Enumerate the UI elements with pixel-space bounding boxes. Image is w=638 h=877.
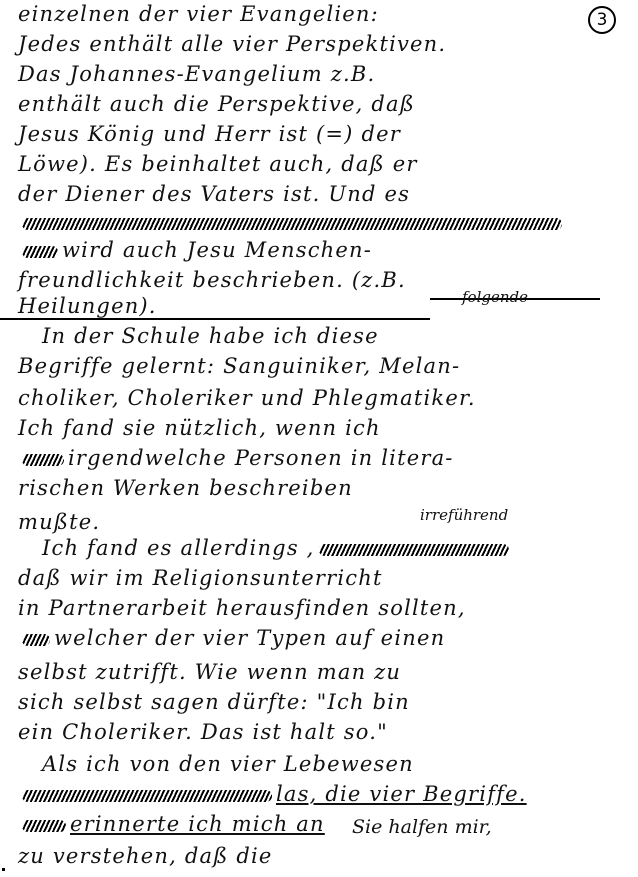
text-line-content: erinnerte ich mich an	[70, 812, 325, 836]
text-line: Begriffe gelernt: Sanguiniker, Melan-	[18, 354, 460, 378]
text-line-content: welcher der vier Typen auf einen	[54, 626, 445, 650]
text-line: Jedes enthält alle vier Perspektiven.	[18, 32, 446, 56]
text-line: Das Johannes-Evangelium z.B.	[18, 62, 375, 86]
speck	[2, 868, 5, 871]
text-line: einzelnen der vier Evangelien:	[18, 2, 379, 26]
text-line: Jesus König und Herr ist (=) der	[18, 122, 401, 146]
text-line: freundlichkeit beschrieben. (z.B.	[18, 268, 406, 292]
text-line: enthält auch die Perspektive, daß	[18, 92, 415, 116]
text-line: Ich fand sie nützlich, wenn ich	[18, 416, 381, 440]
text-line-content: irgendwelche Personen in litera-	[68, 446, 454, 470]
insertion-irrefuehrend: irreführend	[420, 506, 508, 524]
text-line: las, die vier Begriffe.	[18, 782, 527, 806]
page-number: 3	[588, 6, 616, 34]
text-line: Heilungen).	[18, 294, 157, 318]
section-divider	[0, 318, 430, 320]
text-line: Ich fand es allerdings ,	[42, 536, 513, 560]
text-line: daß wir im Religionsunterricht	[18, 566, 383, 590]
text-line: sich selbst sagen dürfte: "Ich bin	[18, 690, 410, 714]
insertion-folgende: folgende	[462, 288, 528, 306]
text-line: Als ich von den vier Lebewesen	[42, 752, 414, 776]
text-line: irgendwelche Personen in litera-	[18, 446, 454, 470]
text-line: selbst zutrifft. Wie wenn man zu	[18, 660, 401, 684]
insertion-sie-halfen: Sie halfen mir,	[352, 816, 492, 838]
text-line: choliker, Choleriker und Phlegmatiker.	[18, 386, 476, 410]
text-line: der Diener des Vaters ist. Und es	[18, 182, 410, 206]
text-line: wird auch Jesu Menschen-	[18, 238, 372, 262]
text-line: rischen Werken beschreiben	[18, 476, 353, 500]
text-line: Löwe). Es beinhaltet auch, daß er	[18, 152, 418, 176]
text-line-content: zu verstehen, daß die	[18, 844, 273, 868]
text-line-content: wird auch Jesu Menschen-	[62, 238, 372, 262]
text-line: ein Choleriker. Das ist halt so."	[18, 720, 388, 744]
text-line: mußte.	[18, 510, 100, 534]
crossed-out-line	[18, 210, 566, 234]
text-line-content: Ich fand es allerdings ,	[42, 536, 315, 560]
text-line: welcher der vier Typen auf einen	[18, 626, 445, 650]
text-line: zu verstehen, daß die	[18, 844, 273, 868]
text-line: in Partnerarbeit herausfinden sollten,	[18, 596, 466, 620]
text-line: erinnerte ich mich an	[18, 812, 325, 836]
text-line-content: las, die vier Begriffe.	[276, 782, 527, 806]
text-line: In der Schule habe ich diese	[42, 324, 379, 348]
